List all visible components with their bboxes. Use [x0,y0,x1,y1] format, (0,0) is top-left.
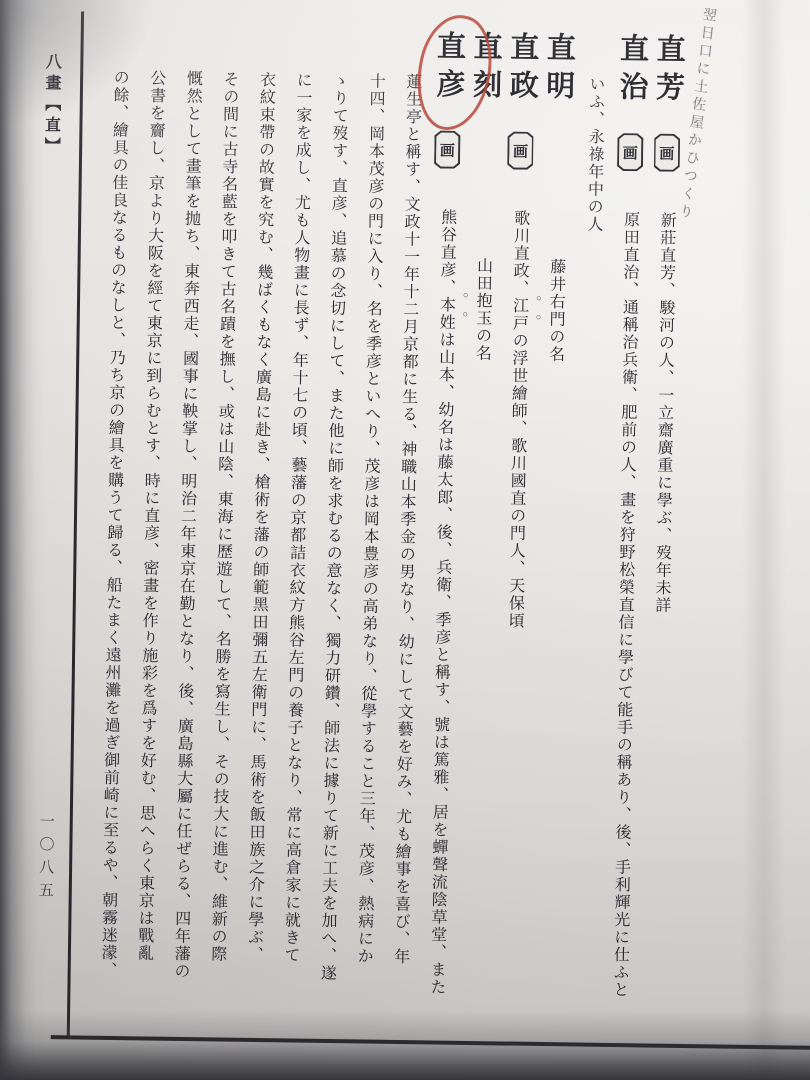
photographed-dictionary-page: 八畫【直】 一〇八五 翌日口に土佐屋かひつくり 直芳 画 新莊直芳、駿河の人、一… [0,0,810,1080]
photo-tone-overlay [0,0,810,1080]
